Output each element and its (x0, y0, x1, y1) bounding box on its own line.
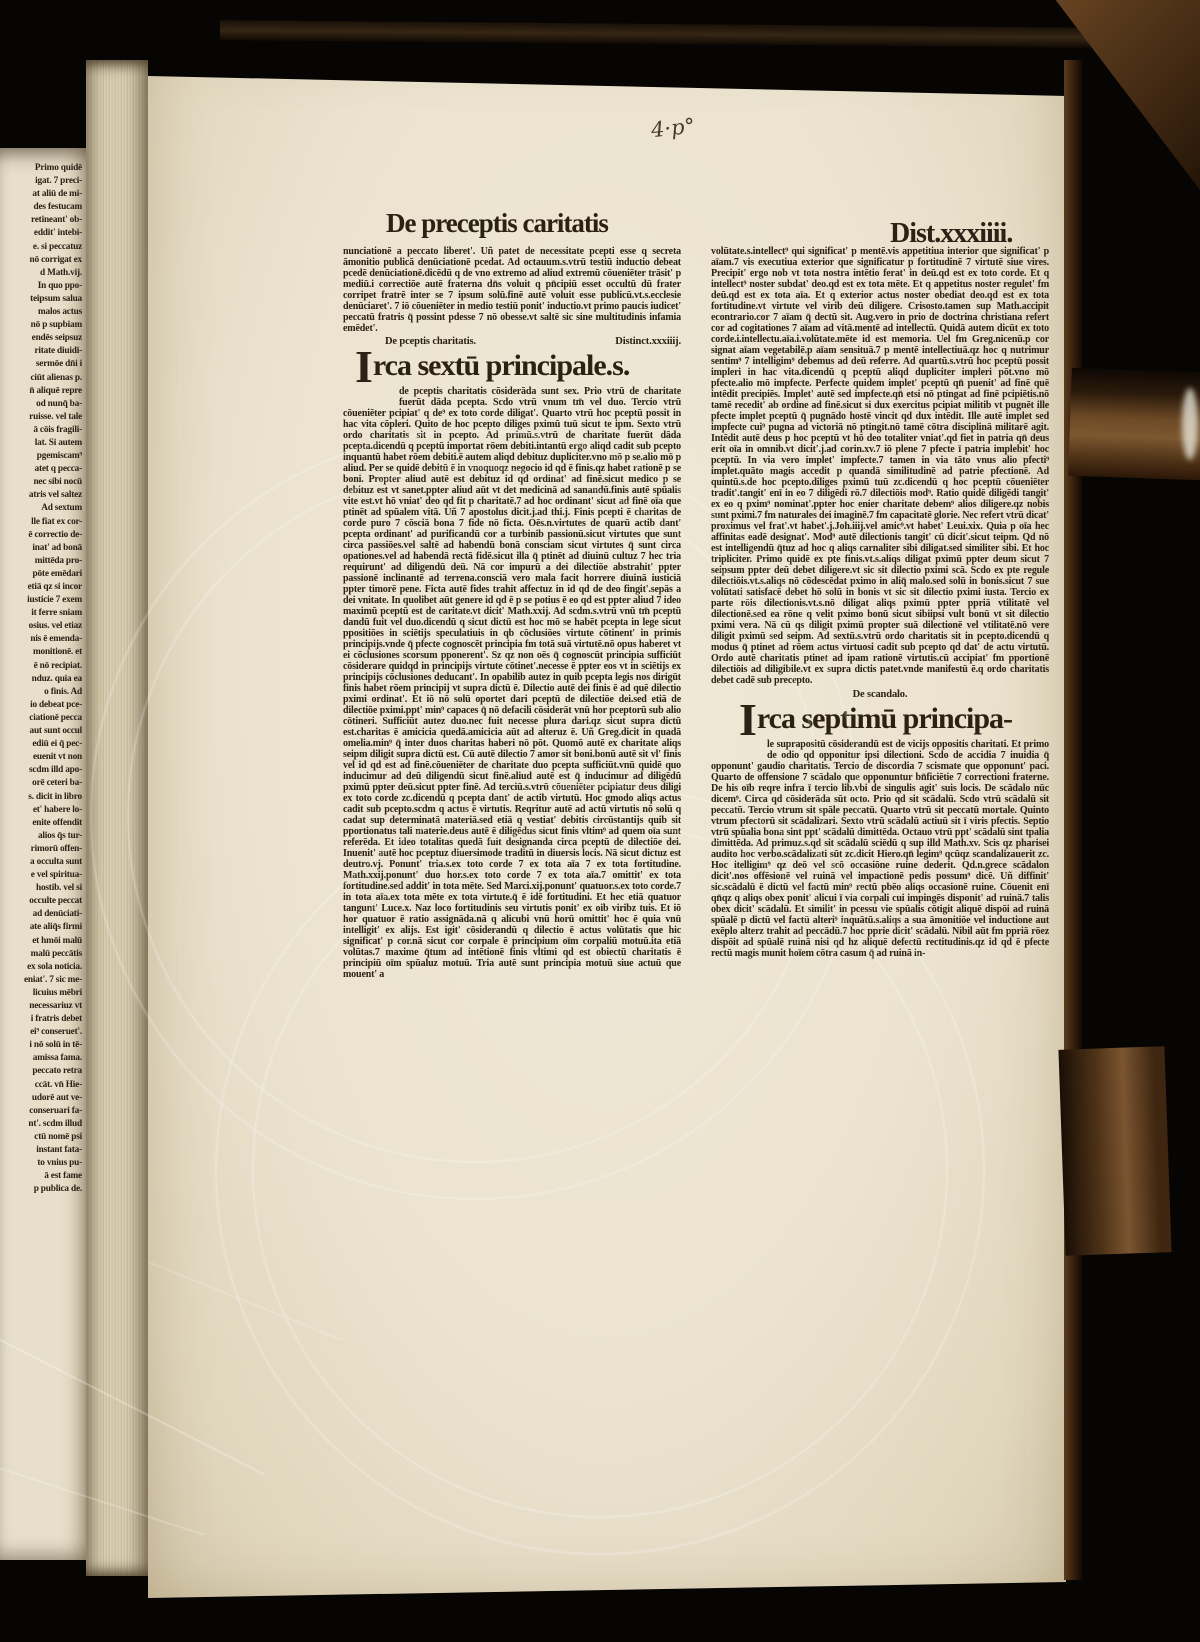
sliver-line: monitionē. et (2, 646, 82, 659)
sliver-line: malū peccātis (2, 948, 82, 961)
sliver-line: ctū nomē psi (2, 1131, 82, 1144)
right-column: volūtate.s.intellect⁹ qui significat' p … (711, 246, 1049, 1324)
sliver-line: igat. 7 preci- (2, 175, 82, 188)
sliver-line: lle fiat ex cor- (2, 516, 82, 529)
sliver-line: ciationē pecca (2, 712, 82, 725)
sliver-line: nduz. quia ea (2, 673, 82, 686)
right-body-top-paragraph: volūtate.s.intellect⁹ qui significat' p … (711, 246, 1049, 686)
sliver-line: ediū ei q̄ pec- (2, 738, 82, 751)
heading-text: rca sextū principale.s. (373, 349, 629, 382)
sliver-line: mittēda pro- (2, 555, 82, 568)
sliver-line: hostib. vel si (2, 882, 82, 895)
sliver-line: a occulta sunt (2, 856, 82, 869)
left-body-paragraph: de pceptis charitatis cōsiderāda sunt se… (343, 386, 681, 980)
subhead-de-pceptis: De pceptis charitatis. (385, 336, 476, 347)
sliver-line: peccato retra (2, 1065, 82, 1078)
book-cover-top-edge (220, 20, 1100, 48)
sliver-line: atris vel saltez (2, 489, 82, 502)
leather-clasp-strap-bottom (1058, 1046, 1171, 1256)
facing-page-line-endings: Primo quidēigat. 7 preci-at aliū de mi-d… (2, 162, 82, 1196)
sliver-line: et' habere lo- (2, 804, 82, 817)
sliver-line: ei⁹ conseruet'. (2, 1026, 82, 1039)
chapter-heading-septimum: Irca septimū principa- (711, 702, 1049, 736)
left-subhead-row: De pceptis charitatis. Distinct.xxxiiij. (343, 336, 681, 347)
sliver-line: ccāt. vn̄ Hie- (2, 1079, 82, 1092)
sliver-line: p publica de. (2, 1183, 82, 1196)
running-header-left: De preceptis caritatis (386, 208, 608, 239)
sliver-line: occulte peccat (2, 895, 82, 908)
leather-clasp-strap-top (1068, 368, 1200, 481)
sliver-line: nt'. scdm illud (2, 1118, 82, 1131)
sliver-line: aut sunt occul (2, 725, 82, 738)
sliver-line: n̄ aliquē repre (2, 385, 82, 398)
sliver-line: orē ceteri ba- (2, 777, 82, 790)
sliver-line: ate aliq̄s firmi (2, 921, 82, 934)
sliver-line: ad denūciati- (2, 908, 82, 921)
sliver-line: it ferre sniam (2, 607, 82, 620)
sliver-line: malos actus (2, 306, 82, 319)
sliver-line: ritate diuidi- (2, 345, 82, 358)
sliver-line: pgemiscam⁹ (2, 450, 82, 463)
sliver-line: pōte emēdari (2, 568, 82, 581)
sliver-line: ē nō recipiat. (2, 660, 82, 673)
sliver-line: teipsum salua (2, 293, 82, 306)
sliver-line: instant fata- (2, 1144, 82, 1157)
book-page: 4·p° De preceptis caritatis Dist.xxxiiii… (148, 44, 1066, 1600)
sliver-line: i fratris debet (2, 1013, 82, 1026)
left-body-text: de pceptis charitatis cōsiderāda sunt se… (343, 386, 681, 980)
right-body-bottom-paragraph: le suprapositū cōsiderandū est de vicijs… (711, 739, 1049, 959)
left-intro-paragraph: nunciationē a peccato liberet'. Uñ patet… (343, 246, 681, 334)
sliver-line: etiā qz si incor (2, 581, 82, 594)
sliver-line: e vel spiritua- (2, 869, 82, 882)
sliver-line: i nō solū in tē- (2, 1039, 82, 1052)
sliver-line: Ad sextum (2, 502, 82, 515)
sliver-line: od nunq̄ ba- (2, 398, 82, 411)
sliver-line: sermōe dn̄i i (2, 358, 82, 371)
sliver-line: nō corrigat ex (2, 254, 82, 267)
sliver-line: licuius mēbri (2, 987, 82, 1000)
sliver-line: Primo quidē (2, 162, 82, 175)
sliver-line: at aliū de mi- (2, 188, 82, 201)
sliver-line: amissa fama. (2, 1052, 82, 1065)
sliver-line: d Math.vij. (2, 267, 82, 280)
decorated-initial: I (739, 694, 756, 745)
subhead-de-scandalo: De scandalo. (711, 689, 1049, 700)
sliver-line: ciūt alienas p. (2, 372, 82, 385)
sliver-line: ā est fame (2, 1170, 82, 1183)
decorated-initial: I (355, 341, 372, 392)
sliver-line: alios q̄s tur- (2, 830, 82, 843)
sliver-line: et hmōi malū (2, 935, 82, 948)
sliver-line: euenit vt non (2, 751, 82, 764)
text-columns: nunciationē a peccato liberet'. Uñ patet… (343, 246, 1049, 1324)
book-fore-edge (1064, 60, 1082, 1580)
sliver-line: eddit' intebi- (2, 227, 82, 240)
sliver-line: o finis. Ad (2, 686, 82, 699)
page-edge-stack (86, 60, 148, 1576)
sliver-line: udorē aut ve- (2, 1092, 82, 1105)
sliver-line: rimorū offen- (2, 843, 82, 856)
chapter-heading-sextum: Irca sextū principale.s. (343, 349, 681, 383)
sliver-line: retineant' ob- (2, 214, 82, 227)
sliver-line: In quo ppo- (2, 280, 82, 293)
sliver-line: osius. vel etiaz (2, 620, 82, 633)
sliver-line: endēs seipsuz (2, 332, 82, 345)
sliver-line: ē correctio de- (2, 529, 82, 542)
sliver-line: conseruari fa- (2, 1105, 82, 1118)
sliver-line: iusticie 7 exem (2, 594, 82, 607)
right-body-text: le suprapositū cōsiderandū est de vicijs… (711, 739, 1049, 959)
sliver-line: lat. Si autem (2, 437, 82, 450)
sliver-line: to vnius pu- (2, 1157, 82, 1170)
sliver-line: ā cōis fragili- (2, 424, 82, 437)
sliver-line: io debeat pce- (2, 699, 82, 712)
heading-text: rca septimū principa- (757, 702, 1012, 735)
facing-page-sliver: Primo quidēigat. 7 preci-at aliū de mi-d… (0, 148, 86, 1560)
sliver-line: nec sibi nocū (2, 476, 82, 489)
sliver-line: s. dicit in libro (2, 791, 82, 804)
clasp-highlight (1182, 388, 1198, 460)
sliver-line: enite offendit (2, 817, 82, 830)
sliver-line: necessariuz vt (2, 1000, 82, 1013)
sliver-line: nis ē emenda- (2, 633, 82, 646)
sliver-line: scdm illd apo- (2, 764, 82, 777)
sliver-line: ruisse. vel tale (2, 411, 82, 424)
handwritten-folio-mark: 4·p° (650, 114, 696, 142)
sliver-line: eniat'. 7 sic me- (2, 974, 82, 987)
sliver-line: des festucam (2, 201, 82, 214)
sliver-line: e. si peccatuz (2, 241, 82, 254)
sliver-line: nō p supbiam (2, 319, 82, 332)
sliver-line: ex sola noticia. (2, 961, 82, 974)
left-column: nunciationē a peccato liberet'. Uñ patet… (343, 246, 681, 1324)
sliver-line: inat' ad bonā (2, 542, 82, 555)
subhead-distinct: Distinct.xxxiiij. (615, 336, 681, 347)
sliver-line: atet q pecca- (2, 463, 82, 476)
